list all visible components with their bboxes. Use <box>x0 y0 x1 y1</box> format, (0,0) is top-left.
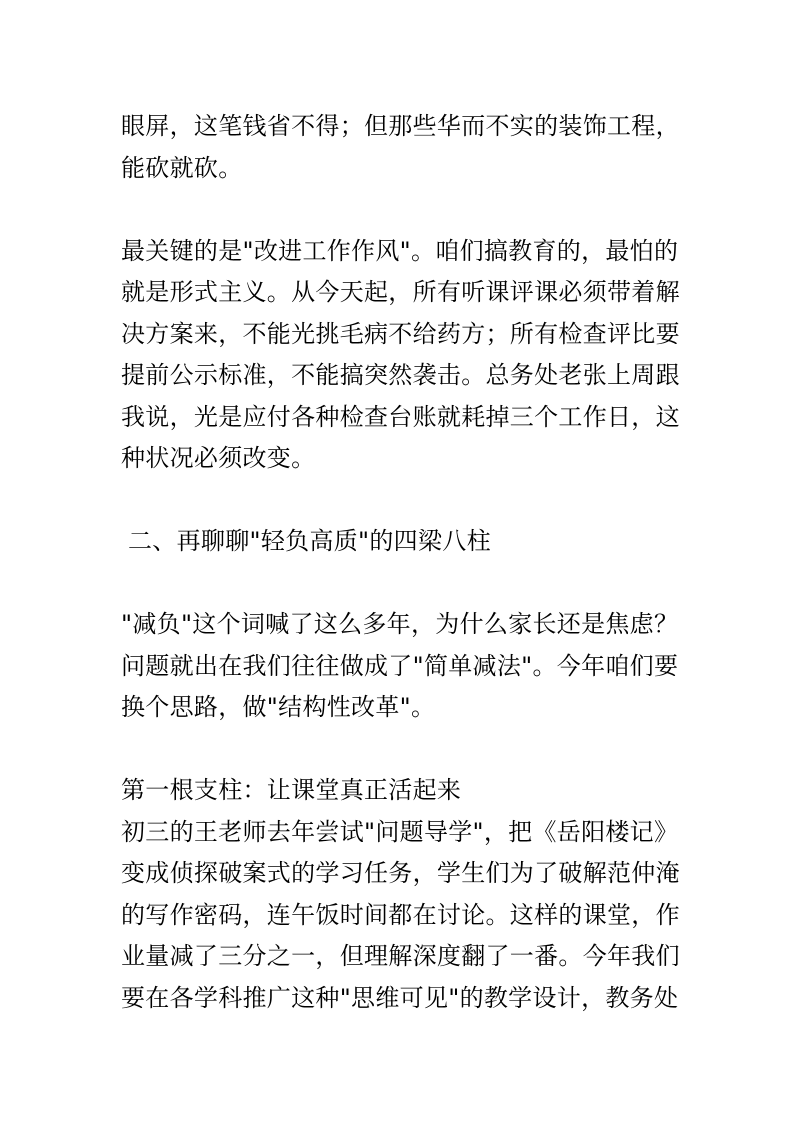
text-line: 能砍就砍。 <box>121 148 681 190</box>
paragraph-work-style: 最关键的是"改进工作作风"。咱们搞教育的，最怕的 就是形式主义。从今天起，所有听… <box>121 231 681 480</box>
text-line: 初三的王老师去年尝试"问题导学"，把《岳阳楼记》 <box>121 812 681 854</box>
paragraph-burden-reduction: "减负"这个词喊了这么多年，为什么家长还是焦虑？ 问题就出在我们往往做成了"简单… <box>121 604 681 729</box>
text-line: 决方案来，不能光挑毛病不给药方；所有检查评比要 <box>121 314 681 356</box>
paragraph-spacer <box>121 480 681 522</box>
text-line: 问题就出在我们往往做成了"简单减法"。今年咱们要 <box>121 646 681 688</box>
section-heading: 二、再聊聊"轻负高质"的四梁八柱 <box>121 521 681 563</box>
paragraph-spacer <box>121 729 681 771</box>
text-line: 眼屏，这笔钱省不得；但那些华而不实的装饰工程， <box>121 106 681 148</box>
text-line: 最关键的是"改进工作作风"。咱们搞教育的，最怕的 <box>121 231 681 273</box>
text-line: 种状况必须改变。 <box>121 438 681 480</box>
text-line: 业量减了三分之一，但理解深度翻了一番。今年我们 <box>121 936 681 978</box>
paragraph-spacer <box>121 189 681 231</box>
text-line: 换个思路，做"结构性改革"。 <box>121 687 681 729</box>
paragraph-spacer <box>121 563 681 605</box>
text-line: "减负"这个词喊了这么多年，为什么家长还是焦虑？ <box>121 604 681 646</box>
text-line: 变成侦探破案式的学习任务，学生们为了破解范仲淹 <box>121 853 681 895</box>
text-line: 要在各学科推广这种"思维可见"的教学设计，教务处 <box>121 978 681 1020</box>
subheading-text: 第一根支柱：让课堂真正活起来 <box>121 770 681 812</box>
text-line: 提前公示标准，不能搞突然袭击。总务处老张上周跟 <box>121 355 681 397</box>
text-line: 的写作密码，连午饭时间都在讨论。这样的课堂，作 <box>121 895 681 937</box>
text-line: 就是形式主义。从今天起，所有听课评课必须带着解 <box>121 272 681 314</box>
text-line: 我说，光是应付各种检查台账就耗掉三个工作日，这 <box>121 397 681 439</box>
paragraph-first-pillar: 第一根支柱：让课堂真正活起来 初三的王老师去年尝试"问题导学"，把《岳阳楼记》 … <box>121 770 681 1019</box>
paragraph-renovation: 眼屏，这笔钱省不得；但那些华而不实的装饰工程， 能砍就砍。 <box>121 106 681 189</box>
document-page: 眼屏，这笔钱省不得；但那些华而不实的装饰工程， 能砍就砍。 最关键的是"改进工作… <box>121 106 681 1019</box>
section-heading-text: 二、再聊聊"轻负高质"的四梁八柱 <box>121 521 681 563</box>
